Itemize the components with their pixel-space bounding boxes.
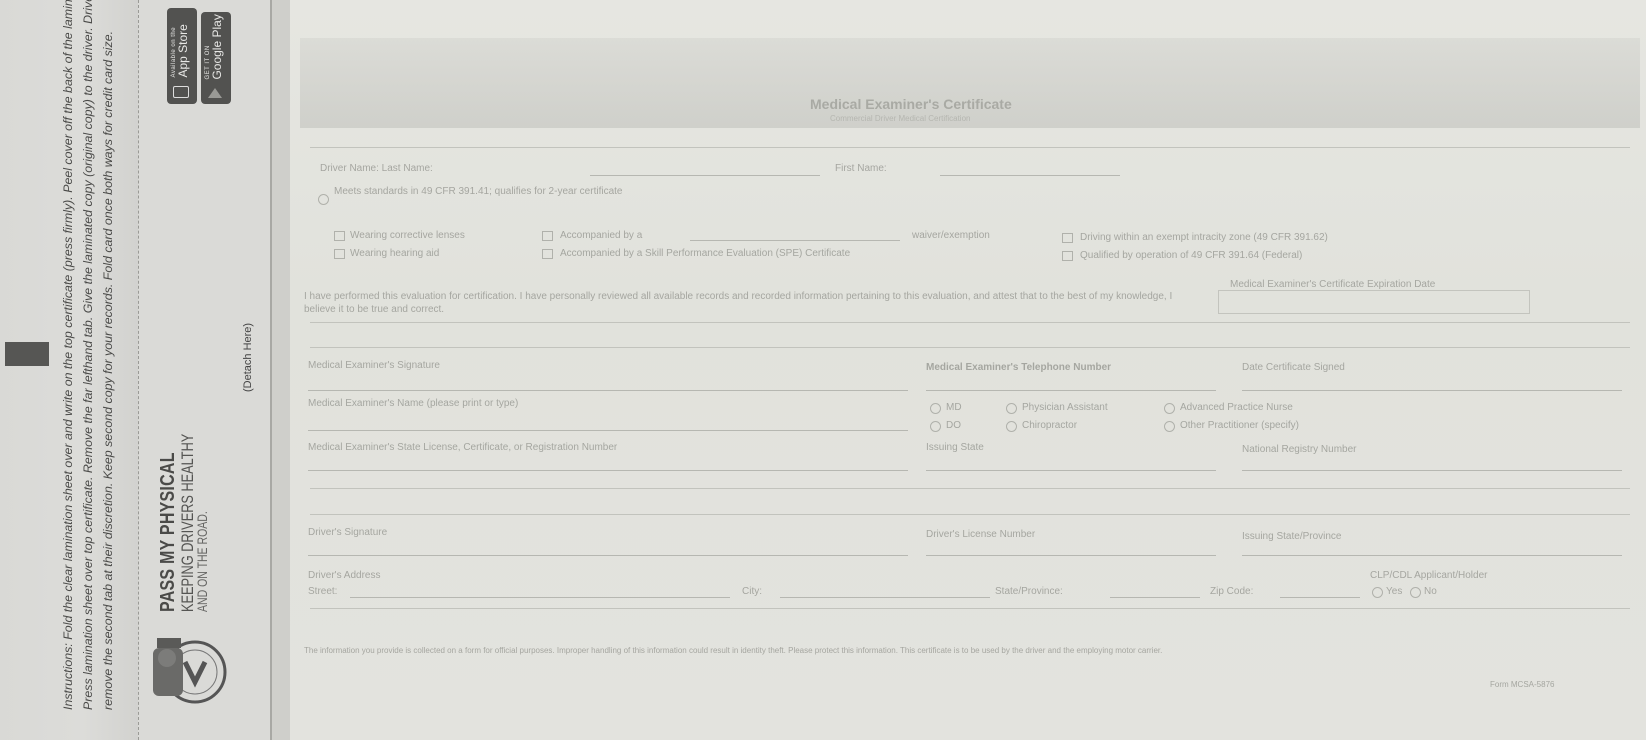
corrective-lenses-checkbox[interactable] [334,231,345,241]
credential-other-radio[interactable] [1164,421,1175,432]
credential-chiro-radio[interactable] [1006,421,1017,432]
zip-field[interactable] [1280,597,1360,598]
last-name-field[interactable] [590,175,820,176]
examiner-phone-label: Medical Examiner's Telephone Number [926,362,1111,373]
clp-no-radio[interactable] [1410,587,1421,598]
certificate-subtitle: Commercial Driver Medical Certification [830,114,970,123]
credential-other-label: Other Practitioner (specify) [1180,420,1299,431]
driver-license-field[interactable] [926,555,1216,556]
tab-divider [270,0,292,740]
trucker-badge-logo-icon [147,628,229,710]
date-signed-field[interactable] [1242,390,1622,391]
brand-tagline-2: AND ON THE ROAD. [196,434,209,612]
instruction-tab: Instructions: Fold the clear lamination … [0,0,138,740]
credential-md-label: MD [946,402,962,413]
certificate-title: Medical Examiner's Certificate [810,96,1012,112]
expiration-date-label: Medical Examiner's Certificate Expiratio… [1230,279,1435,290]
state-label: State/Province: [995,586,1063,597]
instructions-line-1: Instructions: Fold the clear lamination … [58,0,78,710]
tab-marker [5,342,49,366]
apple-phone-icon [173,86,189,98]
app-store-big: App Store [177,24,190,77]
credential-pa-label: Physician Assistant [1022,402,1108,413]
examiner-license-field[interactable] [308,470,908,471]
examiner-phone-field[interactable] [926,390,1216,391]
driver-license-label: Driver's License Number [926,529,1035,540]
street-label: Street: [308,586,337,597]
waiver-checkbox[interactable] [542,231,553,241]
driver-signature-field[interactable] [308,555,908,556]
city-label: City: [742,586,762,597]
meets-standards-label: Meets standards in 49 CFR 391.41; qualif… [334,186,622,197]
registry-number-field[interactable] [1242,470,1622,471]
form-number: Form MCSA-5876 [1490,680,1554,689]
first-name-field[interactable] [940,175,1120,176]
city-field[interactable] [780,597,990,598]
medical-examiner-certificate: Medical Examiner's Certificate Commercia… [290,0,1646,740]
clp-no-label: No [1424,586,1437,597]
examiner-signature-field[interactable] [308,390,908,391]
issuing-state-field[interactable] [926,470,1216,471]
credential-do-radio[interactable] [930,421,941,432]
waiver-label: waiver/exemption [912,230,990,241]
spe-label: Accompanied by a Skill Performance Evalu… [560,248,850,259]
privacy-footer-text: The information you provide is collected… [304,645,1634,657]
corrective-lenses-label: Wearing corrective lenses [350,230,465,241]
examiner-name-label: Medical Examiner's Name (please print or… [308,398,518,409]
examiner-license-label: Medical Examiner's State License, Certif… [308,442,617,453]
instructions-line-2: Press lamination sheet over top certific… [78,0,98,710]
clp-yes-label: Yes [1386,586,1402,597]
credential-chiro-label: Chiropractor [1022,420,1077,431]
zip-label: Zip Code: [1210,586,1253,597]
credential-pa-radio[interactable] [1006,403,1017,414]
meets-standards-radio[interactable] [318,194,329,205]
expiration-date-field[interactable] [1218,290,1530,314]
date-signed-label: Date Certificate Signed [1242,362,1345,373]
state-field[interactable] [1110,597,1200,598]
license-state-label: Issuing State/Province [1242,531,1342,542]
accompanied-waiver-label: Accompanied by a [560,230,642,241]
credential-apn-radio[interactable] [1164,403,1175,414]
examiner-name-field[interactable] [308,430,908,431]
detach-here-label: (Detach Here) [242,323,254,392]
google-play-badge[interactable]: GET IT ON Google Play [201,12,231,104]
hearing-aid-checkbox[interactable] [334,249,345,259]
grandfathered-checkbox[interactable] [1062,251,1073,261]
examiner-signature-label: Medical Examiner's Signature [308,360,440,371]
attestation-text: I have performed this evaluation for cer… [304,290,1174,316]
driver-signature-label: Driver's Signature [308,527,387,538]
instructions-text: Instructions: Fold the clear lamination … [58,0,118,710]
issuing-state-label: Issuing State [926,442,984,453]
credential-apn-label: Advanced Practice Nurse [1180,402,1293,413]
brand-tab: Available on the App Store GET IT ON Goo… [138,0,271,740]
driver-address-label: Driver's Address [308,570,381,581]
street-field[interactable] [350,597,730,598]
driver-name-label: Driver Name: Last Name: [320,163,433,174]
app-store-badge[interactable]: Available on the App Store [167,8,197,104]
spe-checkbox[interactable] [542,249,553,259]
instructions-line-3: remove the second tab at their discretio… [98,0,118,710]
clp-cdl-label: CLP/CDL Applicant/Holder [1370,570,1487,581]
intracity-checkbox[interactable] [1062,233,1073,243]
google-play-big: Google Play [211,14,224,79]
brand-title: PASS MY PHYSICAL [157,422,180,612]
first-name-label: First Name: [835,163,887,174]
brand-block: PASS MY PHYSICAL KEEPING DRIVERS HEALTHY… [157,374,209,612]
play-triangle-icon [208,88,222,98]
intracity-label: Driving within an exempt intracity zone … [1080,232,1328,243]
clp-yes-radio[interactable] [1372,587,1383,598]
credential-do-label: DO [946,420,961,431]
license-state-field[interactable] [1242,555,1622,556]
hearing-aid-label: Wearing hearing aid [350,248,439,259]
registry-number-label: National Registry Number [1242,444,1357,455]
credential-md-radio[interactable] [930,403,941,414]
grandfathered-label: Qualified by operation of 49 CFR 391.64 … [1080,250,1302,261]
